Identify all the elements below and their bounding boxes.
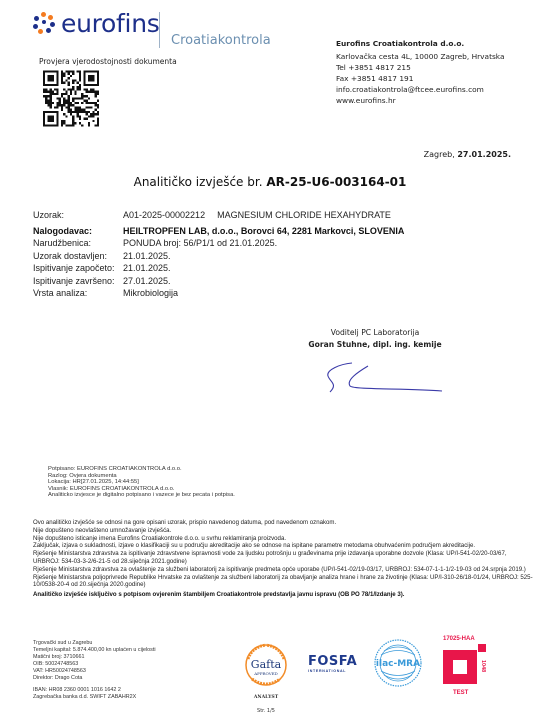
info-value: 21.01.2025. [123,250,171,263]
info-label: Ispitivanje započeto: [33,262,123,275]
info-row: Ispitivanje započeto:21.01.2025. [33,262,404,275]
info-label: Narudžbenica: [33,237,123,250]
note-line: Nije dopušteno isticanje imena Eurofins … [33,535,533,543]
logo-subtitle: Croatiakontrola [171,33,271,48]
info-label: Nalogodavac: [33,225,123,238]
report-title: Analitičko izvješće br. AR-25-U6-003164-… [0,175,540,189]
signature-icon [318,358,448,398]
svg-text:APPROVED: APPROVED [253,671,278,676]
info-row: Uzorak dostavljen:21.01.2025. [33,250,404,263]
info-label: Uzorak dostavljen: [33,250,123,263]
info-row: Vrsta analiza:Mikrobiologija [33,287,404,300]
signer-role: Voditelj PC Laboratorija [300,327,450,339]
digisig-line: Vlasnik: EUROFINS CROATIAKONTROLA d.o.o. [48,486,235,493]
legal-line: Temeljni kapital: 5.874.400,00 kn uplaće… [33,647,156,654]
report-notes: Ovo analitičko izvješće se odnosi na gor… [33,519,533,599]
bank-line: IBAN: HR08 2360 0001 1016 1642 2 [33,687,156,694]
info-value: Mikrobiologija [123,287,178,300]
note-bold: Analitičko izvješće isključivo s potpiso… [33,591,533,599]
note-line: Nije dopušteno neovlašteno umnožavanje i… [33,527,533,535]
note-line: Rješenje Ministarstva poljoprivrede Repu… [33,574,533,590]
fosfa-name: FOSFA [308,655,364,668]
legal-line: Direktor: Drago Cota [33,675,156,682]
svg-text:ilac-MRA: ilac-MRA [376,659,420,669]
legal-info: Trgovački sud u Zagrebu Temeljni kapital… [33,640,156,701]
digisig-line: Analiticko izvjesce je digitalno potpisa… [48,492,235,499]
note-line: Rješenje Ministarstva zdravstva za ispit… [33,550,533,566]
sample-row: Uzorak: A01-2025-00002212MAGNESIUM CHLOR… [33,209,404,222]
legal-line: Matični broj: 3710661 [33,654,156,661]
legal-line: VAT: HR50024748563 [33,668,156,675]
note-line: Ovo analitičko izvješće se odnosi na gor… [33,519,533,527]
gafta-label: ANALYST [244,695,288,700]
eurofins-dots-icon [33,12,55,34]
sample-code: A01-2025-00002212 [123,210,205,220]
gafta-badge-icon: Gafta APPROVED [242,641,290,693]
digisig-line: Lokacija: HR[27.01.2025, 14:44:55] [48,479,235,486]
verify-label: Provjera vjerodostojnosti dokumenta [39,57,177,66]
legal-line: OIB: 50024748563 [33,661,156,668]
note-line: Rješenje Ministarstva zdravstva za ovlaš… [33,566,533,574]
date-place: Zagreb, [424,150,458,159]
fosfa-badge: FOSFA INTERNATIONAL [308,655,364,673]
info-row: Narudžbenica:PONUDA broj: 56/P1/1 od 21.… [33,237,404,250]
title-prefix: Analitičko izvješće br. [134,175,267,189]
info-row: Nalogodavac:HEILTROPFEN LAB, d.o.o., Bor… [33,225,404,238]
company-fax: Fax +3851 4817 191 [336,73,505,84]
info-row: Ispitivanje završeno:27.01.2025. [33,275,404,288]
note-line: Zaključak, izjava o sukladnosti, izjave … [33,542,533,550]
sample-value: A01-2025-00002212MAGNESIUM CHLORIDE HEXA… [123,209,391,222]
qr-code-icon[interactable] [43,70,99,127]
info-label: Vrsta analiza: [33,287,123,300]
haa-type: TEST [453,690,468,696]
page-number: Str. 1/5 [244,708,288,714]
signer-name: Goran Stuhne, dipl. ing. kemije [300,339,450,351]
report-date: Zagreb, 27.01.2025. [424,150,511,159]
company-email[interactable]: info.croatiakontrola@ftcee.eurofins.com [336,84,505,95]
digital-signature-block: Potpisano: EUROFINS CROATIAKONTROLA d.o.… [48,466,235,499]
company-tel: Tel +3851 4817 215 [336,62,505,73]
logo-divider [159,12,160,48]
company-info: Eurofins Croatiakontrola d.o.o. Karlovač… [336,38,505,106]
company-web[interactable]: www.eurofins.hr [336,95,505,106]
bank-line: Zagrebačka banka d.d. SWIFT ZABAHR2X [33,694,156,701]
company-address: Karlovačka cesta 4L, 10000 Zagreb, Hrvat… [336,51,505,62]
haa-number: 1048 [480,660,486,672]
eurofins-logo: eurofins [33,8,159,38]
legal-line: Trgovački sud u Zagrebu [33,640,156,647]
ilac-mra-badge-icon: ilac-MRA [373,638,423,688]
fosfa-sub: INTERNATIONAL [308,669,364,673]
digisig-line: Razlog: Ovjera dokumenta [48,473,235,480]
logo-text: eurofins [61,11,159,36]
info-value: HEILTROPFEN LAB, d.o.o., Borovci 64, 228… [123,225,404,238]
sample-label: Uzorak: [33,209,123,222]
haa-code: 17025-HAA [443,636,475,642]
signer-block: Voditelj PC Laboratorija Goran Stuhne, d… [300,327,450,351]
svg-text:Gafta: Gafta [251,658,282,671]
company-name: Eurofins Croatiakontrola d.o.o. [336,38,505,49]
sample-name: MAGNESIUM CHLORIDE HEXAHYDRATE [217,210,391,220]
info-label: Ispitivanje završeno: [33,275,123,288]
digisig-line: Potpisano: EUROFINS CROATIAKONTROLA d.o.… [48,466,235,473]
info-value: PONUDA broj: 56/P1/1 od 21.01.2025. [123,237,277,250]
info-value: 21.01.2025. [123,262,171,275]
sample-info-table: Uzorak: A01-2025-00002212MAGNESIUM CHLOR… [33,209,404,300]
date-value: 27.01.2025. [457,150,511,159]
info-value: 27.01.2025. [123,275,171,288]
report-number: AR-25-U6-003164-01 [266,175,406,189]
